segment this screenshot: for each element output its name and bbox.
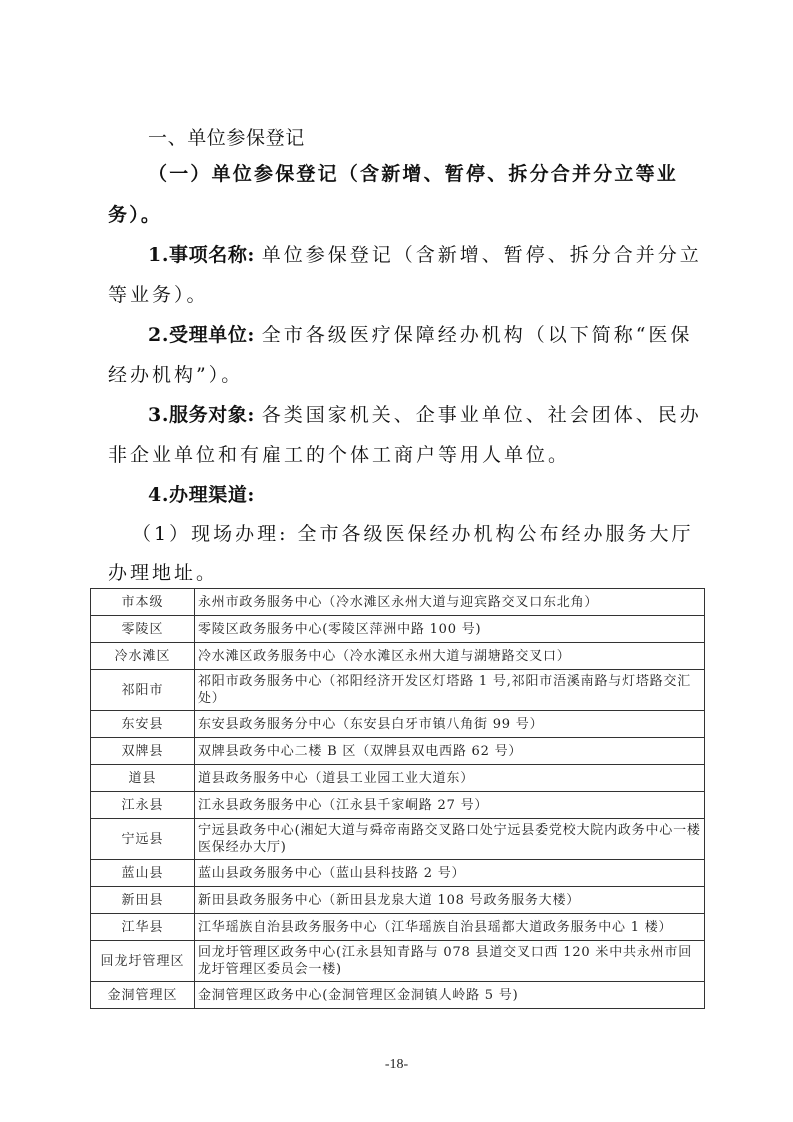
item-text-continuation: 非企业单位和有雇工的个体工商户等用人单位。 <box>108 443 570 467</box>
region-cell: 江永县 <box>91 792 195 819</box>
item-text: 全市各级医疗保障经办机构（以下简称“医保 <box>262 324 693 346</box>
channel-onsite-line1: （1）现场办理: 全市各级医保经办机构公布经办服务大厅 <box>132 522 694 546</box>
table-row: 蓝山县 蓝山县政务服务中心（蓝山县科技路 2 号） <box>91 860 705 887</box>
region-cell: 市本级 <box>91 589 195 616</box>
table-row: 冷水滩区 冷水滩区政务服务中心（冷水滩区永州大道与湖塘路交叉口） <box>91 643 705 670</box>
table-row: 江华县 江华瑶族自治县政务服务中心（江华瑶族自治县瑶都大道政务服务中心 1 楼） <box>91 914 705 941</box>
address-cell: 东安县政务服务分中心（东安县白牙市镇八角街 99 号） <box>195 711 705 738</box>
address-cell: 宁远县政务中心(湘妃大道与舜帝南路交叉路口处宁远县委党校大院内政务中心一楼医保经… <box>195 819 705 860</box>
region-cell: 蓝山县 <box>91 860 195 887</box>
section-heading: 一、单位参保登记 <box>148 126 305 150</box>
address-cell: 道县政务服务中心（道县工业园工业大道东） <box>195 765 705 792</box>
region-cell: 回龙圩管理区 <box>91 941 195 982</box>
address-cell: 双牌县政务中心二楼 B 区（双牌县双电西路 62 号） <box>195 738 705 765</box>
item-label: 1.事项名称: <box>148 244 255 266</box>
address-cell: 江华瑶族自治县政务服务中心（江华瑶族自治县瑶都大道政务服务中心 1 楼） <box>195 914 705 941</box>
region-cell: 江华县 <box>91 914 195 941</box>
item-label: 4.办理渠道: <box>148 484 255 506</box>
item-text-continuation: 经办机构”）。 <box>108 363 243 387</box>
address-cell: 新田县政务服务中心（新田县龙泉大道 108 号政务服务大楼） <box>195 887 705 914</box>
address-cell: 金洞管理区政务中心(金洞管理区金洞镇人岭路 5 号) <box>195 982 705 1009</box>
address-cell: 蓝山县政务服务中心（蓝山县科技路 2 号） <box>195 860 705 887</box>
region-cell: 金洞管理区 <box>91 982 195 1009</box>
subsection-heading-line1: （一）单位参保登记（含新增、暂停、拆分合并分立等业 <box>148 162 678 186</box>
item-matter-name: 1.事项名称: 单位参保登记（含新增、暂停、拆分合并分立 <box>148 243 702 267</box>
region-cell: 祁阳市 <box>91 670 195 711</box>
table-row: 回龙圩管理区 回龙圩管理区政务中心(江永县知青路与 078 县道交叉口西 120… <box>91 941 705 982</box>
item-accepting-unit: 2.受理单位: 全市各级医疗保障经办机构（以下简称“医保 <box>148 323 692 347</box>
table-row: 零陵区 零陵区政务服务中心(零陵区萍洲中路 100 号) <box>91 616 705 643</box>
service-hall-address-table: 市本级 永州市政务服务中心（冷水滩区永州大道与迎宾路交叉口东北角） 零陵区 零陵… <box>90 588 705 1009</box>
address-cell: 永州市政务服务中心（冷水滩区永州大道与迎宾路交叉口东北角） <box>195 589 705 616</box>
region-cell: 双牌县 <box>91 738 195 765</box>
item-text: 各类国家机关、企事业单位、社会团体、民办 <box>262 404 702 426</box>
table-row: 宁远县 宁远县政务中心(湘妃大道与舜帝南路交叉路口处宁远县委党校大院内政务中心一… <box>91 819 705 860</box>
region-cell: 宁远县 <box>91 819 195 860</box>
address-cell: 零陵区政务服务中心(零陵区萍洲中路 100 号) <box>195 616 705 643</box>
item-text-continuation: 等业务）。 <box>108 283 209 307</box>
page-number: -18- <box>0 1057 793 1073</box>
item-text: 单位参保登记（含新增、暂停、拆分合并分立 <box>262 244 702 266</box>
subsection-heading-line2: 务）。 <box>108 203 162 227</box>
document-page: 一、单位参保登记 （一）单位参保登记（含新增、暂停、拆分合并分立等业 务）。 1… <box>0 0 793 1122</box>
table-row: 道县 道县政务服务中心（道县工业园工业大道东） <box>91 765 705 792</box>
address-cell: 江永县政务服务中心（江永县千家峒路 27 号） <box>195 792 705 819</box>
table-row: 市本级 永州市政务服务中心（冷水滩区永州大道与迎宾路交叉口东北角） <box>91 589 705 616</box>
item-channels: 4.办理渠道: <box>148 483 255 507</box>
table-row: 江永县 江永县政务服务中心（江永县千家峒路 27 号） <box>91 792 705 819</box>
table-row: 双牌县 双牌县政务中心二楼 B 区（双牌县双电西路 62 号） <box>91 738 705 765</box>
table-row: 祁阳市 祁阳市政务服务中心（祁阳经济开发区灯塔路 1 号,祁阳市浯溪南路与灯塔路… <box>91 670 705 711</box>
region-cell: 零陵区 <box>91 616 195 643</box>
region-cell: 东安县 <box>91 711 195 738</box>
region-cell: 道县 <box>91 765 195 792</box>
address-cell: 祁阳市政务服务中心（祁阳经济开发区灯塔路 1 号,祁阳市浯溪南路与灯塔路交汇处） <box>195 670 705 711</box>
item-label: 3.服务对象: <box>148 404 255 426</box>
channel-onsite-line2: 办理地址。 <box>108 561 218 585</box>
item-label: 2.受理单位: <box>148 324 255 346</box>
table-row: 东安县 东安县政务服务分中心（东安县白牙市镇八角街 99 号） <box>91 711 705 738</box>
table-row: 金洞管理区 金洞管理区政务中心(金洞管理区金洞镇人岭路 5 号) <box>91 982 705 1009</box>
item-service-target: 3.服务对象: 各类国家机关、企事业单位、社会团体、民办 <box>148 403 702 427</box>
address-cell: 回龙圩管理区政务中心(江永县知青路与 078 县道交叉口西 120 米中共永州市… <box>195 941 705 982</box>
region-cell: 冷水滩区 <box>91 643 195 670</box>
table-row: 新田县 新田县政务服务中心（新田县龙泉大道 108 号政务服务大楼） <box>91 887 705 914</box>
region-cell: 新田县 <box>91 887 195 914</box>
address-cell: 冷水滩区政务服务中心（冷水滩区永州大道与湖塘路交叉口） <box>195 643 705 670</box>
